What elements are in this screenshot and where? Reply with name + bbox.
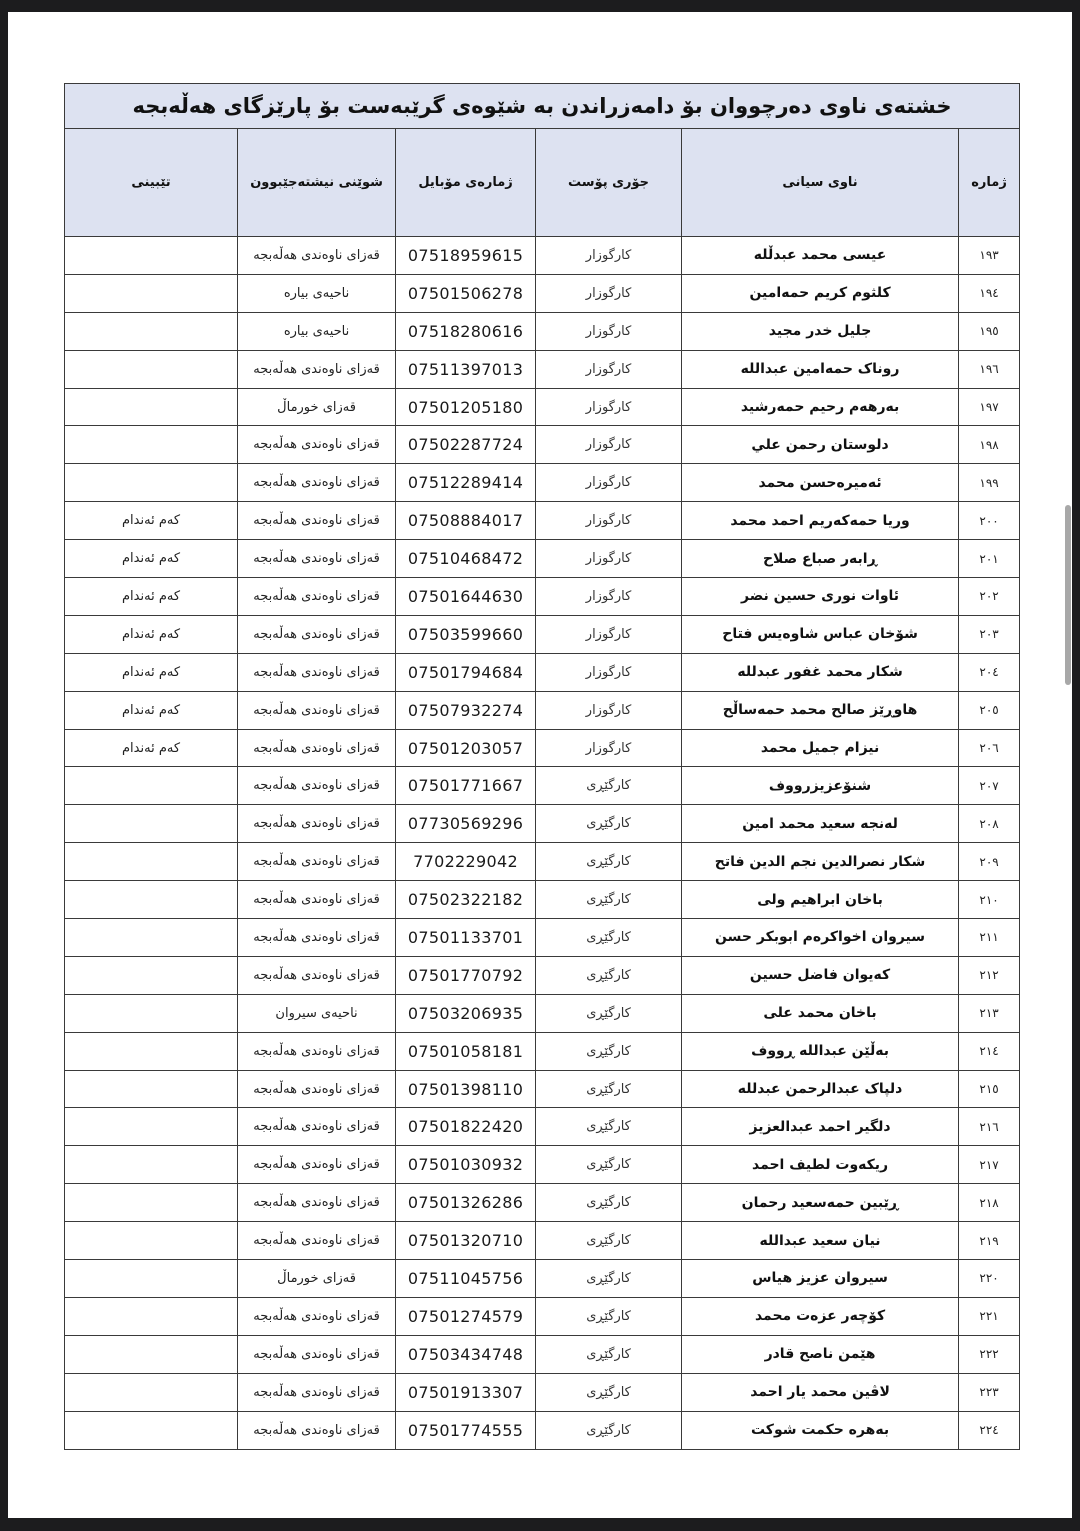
row-post-type: کارگوزار (536, 237, 682, 275)
row-note (65, 767, 238, 805)
row-mobile: 07501205180 (396, 388, 536, 426)
row-post-type: کارگوزار (536, 274, 682, 312)
row-full-name: ڕێبین حمەسعید رحمان (682, 1184, 959, 1222)
document-page: خشتەی ناوی دەرچووان بۆ دامەزراندن بە شێو… (8, 12, 1072, 1518)
row-mobile: 07730569296 (396, 805, 536, 843)
table-row: ٢٠١ڕابەر صباع صلاحکارگوزار07510468472قەز… (65, 540, 1020, 578)
row-residence: قەزای ناوەندی هەڵەبجە (238, 881, 396, 919)
row-post-type: کارگوزار (536, 540, 682, 578)
row-post-type: کارگوزار (536, 312, 682, 350)
row-post-type: کارگوزار (536, 653, 682, 691)
row-full-name: بەهرە حکمت شوکت (682, 1411, 959, 1449)
row-full-name: لاڤین محمد یار احمد (682, 1373, 959, 1411)
row-note (65, 1184, 238, 1222)
row-note: کەم ئەندام (65, 502, 238, 540)
row-number: ١٩٥ (959, 312, 1020, 350)
table-row: ٢٠٦نیزام جمیل محمدکارگوزار07501203057قەز… (65, 729, 1020, 767)
row-residence: قەزای ناوەندی هەڵەبجە (238, 1032, 396, 1070)
row-post-type: کارگوزار (536, 426, 682, 464)
table-row: ٢٢٠سیروان عزیز هیاسکارگێڕی07511045756قەز… (65, 1260, 1020, 1298)
row-mobile: 07501203057 (396, 729, 536, 767)
row-mobile: 07508884017 (396, 502, 536, 540)
row-number: ٢٠٢ (959, 578, 1020, 616)
table-row: ٢٢٢هێمن ناصح قادرکارگێڕی07503434748قەزای… (65, 1335, 1020, 1373)
row-number: ٢٢٢ (959, 1335, 1020, 1373)
row-note (65, 350, 238, 388)
table-row: ١٩٣عیسی محمد عبدڵلەکارگوزار07518959615قە… (65, 237, 1020, 275)
row-note: کەم ئەندام (65, 729, 238, 767)
row-note (65, 1297, 238, 1335)
row-number: ١٩٩ (959, 464, 1020, 502)
row-note (65, 919, 238, 957)
row-note (65, 312, 238, 350)
row-residence: قەزای ناوەندی هەڵەبجە (238, 1070, 396, 1108)
row-note: کەم ئەندام (65, 691, 238, 729)
row-mobile: 07501794684 (396, 653, 536, 691)
row-note: کەم ئەندام (65, 615, 238, 653)
row-full-name: باخان محمد علی (682, 994, 959, 1032)
row-full-name: شکار محمد غفور عبدلله (682, 653, 959, 691)
row-residence: قەزای ناوەندی هەڵەبجە (238, 729, 396, 767)
row-note (65, 1335, 238, 1373)
row-post-type: کارگێڕی (536, 1297, 682, 1335)
row-mobile: 07501133701 (396, 919, 536, 957)
table-row: ٢١٤بەڵێن عبدالله ڕووفکارگێڕی07501058181ق… (65, 1032, 1020, 1070)
row-mobile: 07503599660 (396, 615, 536, 653)
row-full-name: جلیل خدر مجید (682, 312, 959, 350)
row-full-name: شکار نصرالدین نجم الدین فاتح (682, 843, 959, 881)
row-number: ٢١٠ (959, 881, 1020, 919)
row-full-name: نیان سعید عبدالله (682, 1222, 959, 1260)
row-residence: قەزای ناوەندی هەڵەبجە (238, 350, 396, 388)
row-number: ٢٢٠ (959, 1260, 1020, 1298)
row-number: ٢١٦ (959, 1108, 1020, 1146)
row-number: ٢٠٨ (959, 805, 1020, 843)
row-number: ٢٠٥ (959, 691, 1020, 729)
row-residence: قەزای خورماڵ (238, 1260, 396, 1298)
table-row: ٢٢١کۆچەر عزەت محمدکارگێڕی07501274579قەزا… (65, 1297, 1020, 1335)
row-post-type: کارگێڕی (536, 994, 682, 1032)
table-title: خشتەی ناوی دەرچووان بۆ دامەزراندن بە شێو… (65, 84, 1020, 129)
row-full-name: هاوڕێز صالح محمد حمەساڵح (682, 691, 959, 729)
row-post-type: کارگوزار (536, 615, 682, 653)
row-full-name: لەنجە سعید محمد امین (682, 805, 959, 843)
row-residence: ناحیەی بیارە (238, 274, 396, 312)
row-mobile: 07501320710 (396, 1222, 536, 1260)
row-mobile: 07501771667 (396, 767, 536, 805)
row-number: ٢١٩ (959, 1222, 1020, 1260)
row-note (65, 237, 238, 275)
row-mobile: 07501770792 (396, 956, 536, 994)
row-mobile: 07501326286 (396, 1184, 536, 1222)
row-residence: قەزای ناوەندی هەڵەبجە (238, 805, 396, 843)
row-mobile: 07501506278 (396, 274, 536, 312)
row-full-name: بەڵێن عبدالله ڕووف (682, 1032, 959, 1070)
row-note: کەم ئەندام (65, 653, 238, 691)
table-row: ٢١٥دلپاک عبدالرحمن عبدللهکارگێڕی07501398… (65, 1070, 1020, 1108)
table-row: ٢١٢کەیوان فاضل حسینکارگێڕی07501770792قەز… (65, 956, 1020, 994)
row-residence: قەزای ناوەندی هەڵەبجە (238, 502, 396, 540)
column-header-residence: شوێنی نیشتەجێبوون (238, 129, 396, 237)
row-number: ٢٠١ (959, 540, 1020, 578)
row-mobile: 07510468472 (396, 540, 536, 578)
row-post-type: کارگوزار (536, 350, 682, 388)
row-full-name: ریکەوت لطیف احمد (682, 1146, 959, 1184)
row-note: کەم ئەندام (65, 540, 238, 578)
table-row: ٢٠٢ئاوات نوری حسین نضرکارگوزار0750164463… (65, 578, 1020, 616)
row-full-name: ڕابەر صباع صلاح (682, 540, 959, 578)
row-residence: قەزای ناوەندی هەڵەبجە (238, 426, 396, 464)
row-full-name: کەیوان فاضل حسین (682, 956, 959, 994)
row-post-type: کارگێڕی (536, 1222, 682, 1260)
table-row: ٢٢٣لاڤین محمد یار احمدکارگێڕی07501913307… (65, 1373, 1020, 1411)
row-mobile: 07501030932 (396, 1146, 536, 1184)
row-post-type: کارگوزار (536, 578, 682, 616)
table-row: ٢٠٧شنۆعزیزرووفکارگێڕی07501771667قەزای نا… (65, 767, 1020, 805)
row-full-name: عیسی محمد عبدڵلە (682, 237, 959, 275)
table-row: ١٩٨دلوستان رحمن عليکارگوزار07502287724قە… (65, 426, 1020, 464)
row-number: ٢٠٧ (959, 767, 1020, 805)
row-residence: قەزای ناوەندی هەڵەبجە (238, 1373, 396, 1411)
row-note (65, 388, 238, 426)
row-mobile: 7702229042 (396, 843, 536, 881)
row-residence: قەزای ناوەندی هەڵەبجە (238, 843, 396, 881)
row-number: ١٩٨ (959, 426, 1020, 464)
row-post-type: کارگێڕی (536, 956, 682, 994)
row-full-name: دلوستان رحمن علي (682, 426, 959, 464)
row-mobile: 07518959615 (396, 237, 536, 275)
table-row: ٢١٧ریکەوت لطیف احمدکارگێڕی07501030932قەز… (65, 1146, 1020, 1184)
row-post-type: کارگێڕی (536, 1335, 682, 1373)
row-mobile: 07511397013 (396, 350, 536, 388)
row-full-name: ئاوات نوری حسین نضر (682, 578, 959, 616)
row-full-name: نیزام جمیل محمد (682, 729, 959, 767)
row-note (65, 956, 238, 994)
row-residence: قەزای ناوەندی هەڵەبجە (238, 691, 396, 729)
row-note (65, 994, 238, 1032)
table-row: ٢١٣باخان محمد علیکارگێڕی07503206935ناحیە… (65, 994, 1020, 1032)
row-mobile: 07501913307 (396, 1373, 536, 1411)
table-row: ١٩٦روناک حمەامین عبداللهکارگوزار07511397… (65, 350, 1020, 388)
row-number: ٢٢١ (959, 1297, 1020, 1335)
row-full-name: کۆچەر عزەت محمد (682, 1297, 959, 1335)
row-mobile: 07501774555 (396, 1411, 536, 1449)
row-residence: قەزای ناوەندی هەڵەبجە (238, 1222, 396, 1260)
row-note (65, 1146, 238, 1184)
row-post-type: کارگوزار (536, 691, 682, 729)
row-residence: قەزای ناوەندی هەڵەبجە (238, 653, 396, 691)
table-header-row: ژمارە ناوی سیانی جۆری پۆست ژمارەی مۆبایل… (65, 129, 1020, 237)
table-row: ١٩٧بەرهەم رحیم حمەرشیدکارگوزار0750120518… (65, 388, 1020, 426)
row-post-type: کارگێڕی (536, 1032, 682, 1070)
column-header-notes: تێبینی (65, 129, 238, 237)
table-row: ٢٠٤شکار محمد غفور عبدللهکارگوزار07501794… (65, 653, 1020, 691)
row-residence: قەزای ناوەندی هەڵەبجە (238, 540, 396, 578)
row-full-name: دلپاک عبدالرحمن عبدلله (682, 1070, 959, 1108)
row-number: ١٩٣ (959, 237, 1020, 275)
row-full-name: شنۆعزیزرووف (682, 767, 959, 805)
row-note (65, 1222, 238, 1260)
row-number: ٢٠٦ (959, 729, 1020, 767)
row-residence: قەزای ناوەندی هەڵەبجە (238, 1184, 396, 1222)
row-full-name: روناک حمەامین عبدالله (682, 350, 959, 388)
row-mobile: 07501822420 (396, 1108, 536, 1146)
row-residence: ناحیەی بیارە (238, 312, 396, 350)
row-mobile: 07511045756 (396, 1260, 536, 1298)
row-note (65, 464, 238, 502)
row-number: ٢٠٩ (959, 843, 1020, 881)
row-post-type: کارگوزار (536, 388, 682, 426)
row-number: ٢١٥ (959, 1070, 1020, 1108)
row-mobile: 07502322182 (396, 881, 536, 919)
row-residence: قەزای ناوەندی هەڵەبجە (238, 1335, 396, 1373)
row-number: ٢٠٠ (959, 502, 1020, 540)
row-post-type: کارگێڕی (536, 1108, 682, 1146)
table-row: ٢١٠باخان ابراهیم ولیکارگێڕی07502322182قە… (65, 881, 1020, 919)
row-post-type: کارگێڕی (536, 805, 682, 843)
row-number: ١٩٧ (959, 388, 1020, 426)
row-full-name: وریا حمەکەریم احمد محمد (682, 502, 959, 540)
row-note (65, 1260, 238, 1298)
table-row: ٢١٩نیان سعید عبداللهکارگێڕی07501320710قە… (65, 1222, 1020, 1260)
row-number: ١٩٤ (959, 274, 1020, 312)
row-number: ٢٠٤ (959, 653, 1020, 691)
table-body: ١٩٣عیسی محمد عبدڵلەکارگوزار07518959615قە… (65, 237, 1020, 1450)
row-post-type: کارگێڕی (536, 843, 682, 881)
row-mobile: 07501644630 (396, 578, 536, 616)
row-residence: قەزای ناوەندی هەڵەبجە (238, 615, 396, 653)
row-number: ٢١٧ (959, 1146, 1020, 1184)
row-full-name: سیروان اخواکرەم ابوبکر حسن (682, 919, 959, 957)
row-post-type: کارگوزار (536, 464, 682, 502)
table-row: ٢٠٠وریا حمەکەریم احمد محمدکارگوزار075088… (65, 502, 1020, 540)
table-row: ٢٠٣شۆخان عباس شاوەیس فتاحکارگوزار0750359… (65, 615, 1020, 653)
row-note (65, 426, 238, 464)
table-row: ٢١٦دلگیر احمد عبدالعزیزکارگێڕی0750182242… (65, 1108, 1020, 1146)
row-mobile: 07502287724 (396, 426, 536, 464)
table-row: ٢٠٥هاوڕێز صالح محمد حمەساڵحکارگوزار07507… (65, 691, 1020, 729)
row-number: ٢١٤ (959, 1032, 1020, 1070)
row-post-type: کارگێڕی (536, 1260, 682, 1298)
row-note (65, 805, 238, 843)
row-residence: قەزای ناوەندی هەڵەبجە (238, 1297, 396, 1335)
row-residence: قەزای خورماڵ (238, 388, 396, 426)
row-note (65, 1108, 238, 1146)
row-full-name: هێمن ناصح قادر (682, 1335, 959, 1373)
row-mobile: 07512289414 (396, 464, 536, 502)
row-post-type: کارگێڕی (536, 1070, 682, 1108)
row-post-type: کارگوزار (536, 502, 682, 540)
column-header-post-type: جۆری پۆست (536, 129, 682, 237)
table-row: ٢١١سیروان اخواکرەم ابوبکر حسنکارگێڕی0750… (65, 919, 1020, 957)
column-header-full-name: ناوی سیانی (682, 129, 959, 237)
row-number: ٢١٨ (959, 1184, 1020, 1222)
row-full-name: ئەمیرەحسن محمد (682, 464, 959, 502)
row-mobile: 07503206935 (396, 994, 536, 1032)
row-number: ٢٢٤ (959, 1411, 1020, 1449)
table-row: ٢١٨ڕێبین حمەسعید رحمانکارگێڕی07501326286… (65, 1184, 1020, 1222)
row-residence: ناحیەی سیروان (238, 994, 396, 1032)
row-mobile: 07501058181 (396, 1032, 536, 1070)
row-post-type: کارگێڕی (536, 1411, 682, 1449)
row-note (65, 274, 238, 312)
table-row: ٢٢٤بەهرە حکمت شوکتکارگێڕی07501774555قەزا… (65, 1411, 1020, 1449)
row-mobile: 07501398110 (396, 1070, 536, 1108)
graduates-table: خشتەی ناوی دەرچووان بۆ دامەزراندن بە شێو… (64, 83, 1020, 1450)
row-post-type: کارگێڕی (536, 919, 682, 957)
table-row: ١٩٥جلیل خدر مجیدکارگوزار07518280616ناحیە… (65, 312, 1020, 350)
row-full-name: بەرهەم رحیم حمەرشید (682, 388, 959, 426)
row-note (65, 1070, 238, 1108)
row-residence: قەزای ناوەندی هەڵەبجە (238, 919, 396, 957)
row-residence: قەزای ناوەندی هەڵەبجە (238, 956, 396, 994)
row-note: کەم ئەندام (65, 578, 238, 616)
row-mobile: 07507932274 (396, 691, 536, 729)
table-title-row: خشتەی ناوی دەرچووان بۆ دامەزراندن بە شێو… (65, 84, 1020, 129)
row-post-type: کارگێڕی (536, 1146, 682, 1184)
column-header-number: ژمارە (959, 129, 1020, 237)
table-row: ٢٠٩شکار نصرالدین نجم الدین فاتحکارگێڕی77… (65, 843, 1020, 881)
vertical-scrollbar-thumb[interactable] (1065, 505, 1071, 685)
row-residence: قەزای ناوەندی هەڵەبجە (238, 237, 396, 275)
row-number: ١٩٦ (959, 350, 1020, 388)
row-residence: قەزای ناوەندی هەڵەبجە (238, 578, 396, 616)
row-full-name: کلثوم کریم حمەامین (682, 274, 959, 312)
row-full-name: شۆخان عباس شاوەیس فتاح (682, 615, 959, 653)
table-row: ١٩٤کلثوم کریم حمەامینکارگوزار07501506278… (65, 274, 1020, 312)
row-number: ٢١٣ (959, 994, 1020, 1032)
table-row: ٢٠٨لەنجە سعید محمد امینکارگێڕی0773056929… (65, 805, 1020, 843)
row-note (65, 1373, 238, 1411)
row-mobile: 07501274579 (396, 1297, 536, 1335)
row-full-name: سیروان عزیز هیاس (682, 1260, 959, 1298)
column-header-mobile: ژمارەی مۆبایل (396, 129, 536, 237)
row-residence: قەزای ناوەندی هەڵەبجە (238, 1411, 396, 1449)
row-note (65, 1411, 238, 1449)
row-number: ٢٢٣ (959, 1373, 1020, 1411)
row-note (65, 843, 238, 881)
row-residence: قەزای ناوەندی هەڵەبجە (238, 1108, 396, 1146)
row-post-type: کارگێڕی (536, 881, 682, 919)
row-note (65, 881, 238, 919)
row-mobile: 07503434748 (396, 1335, 536, 1373)
row-number: ٢١٢ (959, 956, 1020, 994)
row-residence: قەزای ناوەندی هەڵەبجە (238, 1146, 396, 1184)
row-note (65, 1032, 238, 1070)
row-full-name: دلگیر احمد عبدالعزیز (682, 1108, 959, 1146)
row-number: ٢٠٣ (959, 615, 1020, 653)
row-number: ٢١١ (959, 919, 1020, 957)
row-post-type: کارگوزار (536, 729, 682, 767)
row-residence: قەزای ناوەندی هەڵەبجە (238, 767, 396, 805)
table-row: ١٩٩ئەمیرەحسن محمدکارگوزار07512289414قەزا… (65, 464, 1020, 502)
row-mobile: 07518280616 (396, 312, 536, 350)
row-post-type: کارگێڕی (536, 767, 682, 805)
row-residence: قەزای ناوەندی هەڵەبجە (238, 464, 396, 502)
row-post-type: کارگێڕی (536, 1184, 682, 1222)
row-full-name: باخان ابراهیم ولی (682, 881, 959, 919)
row-post-type: کارگێڕی (536, 1373, 682, 1411)
